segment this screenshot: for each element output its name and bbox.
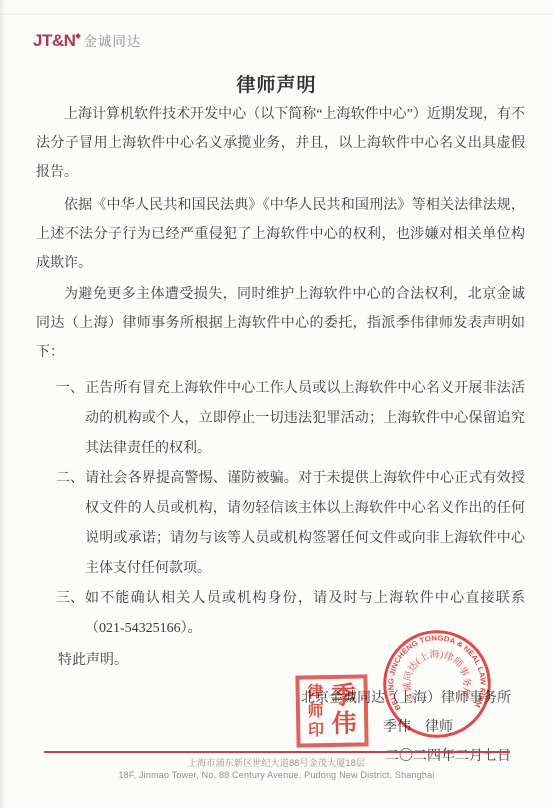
seal-char: 师 [307, 702, 323, 721]
round-firm-seal-stamp: BEIJING JINCHENG TONGDA & NEAL LAW FIRM … [380, 627, 494, 741]
logo-chinese-text: 金诚同达 [83, 30, 141, 50]
list-item-2: 二、 请社会各界提高警惕、谨防被骗。对于未提供上海软件中心正式有效授权文件的人员… [36, 464, 525, 584]
paragraph-3: 为避免更多主体遭受损失，同时维护上海软件中心的合法权利，北京金诚同达（上海）律师… [36, 280, 525, 367]
seal-char: 印 [308, 721, 324, 740]
square-lawyer-seal-stamp: 季 伟 律 师 印 [295, 674, 368, 747]
seal-char: 季 [331, 683, 357, 711]
seal-inner-chinese-text: 金诚同达(上海)律师事务所 [401, 648, 473, 705]
document-title: 律师声明 [0, 70, 553, 97]
list-marker-3: 三、 [56, 584, 84, 614]
seal-char: 律 [307, 683, 323, 702]
paragraph-1: 上海计算机软件技术开发中心（以下简称“上海软件中心”）近期发现，有不法分子冒用上… [36, 100, 525, 187]
logo-jtn-text: JT&N [33, 31, 75, 51]
footer-address: 上海市浦东新区世纪大道88号金茂大厦18层 18F, Jinmao Tower,… [0, 757, 553, 781]
seal-char: 伟 [331, 711, 357, 739]
list-item-1: 一、 正告所有冒充上海软件中心工作人员或以上海软件中心名义开展非法活动的机构或个… [36, 374, 525, 464]
list-text-2: 请社会各界提高警惕、谨防被骗。对于未提供上海软件中心正式有效授权文件的人员或机构… [85, 471, 525, 576]
logo-diamond-icon [76, 33, 82, 39]
round-seal-graphic: BEIJING JINCHENG TONGDA & NEAL LAW FIRM … [380, 627, 494, 741]
list-marker-1: 一、 [56, 374, 84, 404]
footer-address-chinese: 上海市浦东新区世纪大道88号金茂大厦18层 [0, 757, 553, 769]
footer-address-english: 18F, Jinmao Tower, No. 88 Century Avenue… [0, 769, 553, 781]
footer-divider-line [44, 751, 510, 753]
document-page: JT&N 金诚同达 律师声明 上海计算机软件技术开发中心（以下简称“上海软件中心… [0, 0, 553, 808]
firm-logo: JT&N 金诚同达 [33, 30, 141, 51]
list-marker-2: 二、 [56, 464, 84, 494]
seal-title-column: 律 师 印 [307, 683, 324, 740]
paragraph-2: 依据《中华人民共和国民法典》《中华人民共和国刑法》等相关法律法规，上述不法分子行… [36, 191, 525, 278]
list-text-1: 正告所有冒充上海软件中心工作人员或以上海软件中心名义开展非法活动的机构或个人，立… [85, 381, 525, 456]
svg-text:金诚同达(上海)律师事务所: 金诚同达(上海)律师事务所 [401, 648, 473, 705]
seal-name-column: 季 伟 [331, 683, 357, 739]
